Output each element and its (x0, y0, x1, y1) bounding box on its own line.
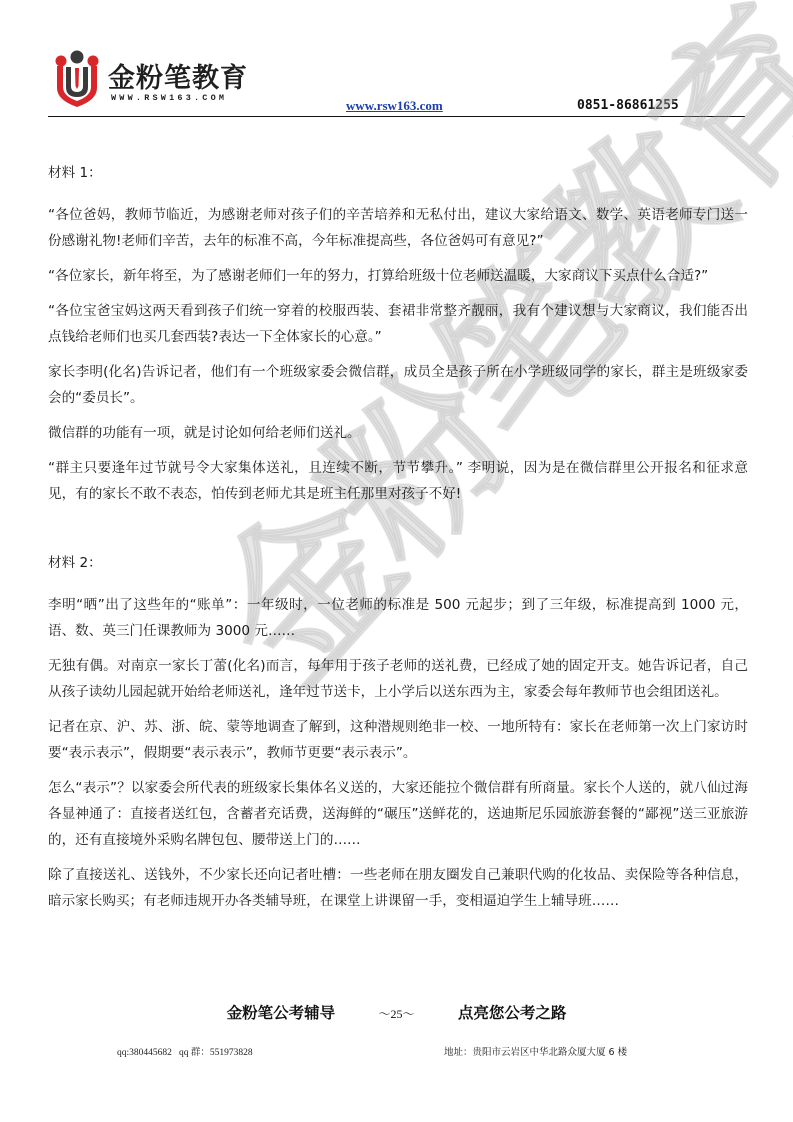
footer-slogan-right: 点亮您公考之路 (458, 1001, 567, 1023)
brand-url: WWW.RSW163.COM (111, 93, 227, 103)
paragraph: 家长李明(化名)告诉记者，他们有一个班级家委会微信群，成员全是孩子所在小学班级同… (48, 359, 748, 411)
section-spacer (48, 516, 748, 550)
footer-slogan-left: 金粉笔公考辅导 (227, 1001, 336, 1023)
footer-contact: qq:380445682 qq 群：551973828 (117, 1044, 253, 1058)
page-header: 金粉笔教育 WWW.RSW163.COM www.rsw163.com 0851… (0, 0, 793, 120)
section-title: 材料 1： (48, 160, 748, 186)
brand-name: 金粉笔教育 (108, 56, 248, 95)
section-title: 材料 2： (48, 550, 748, 576)
qq-group: qq 群：551973828 (179, 1048, 253, 1058)
footer-address: 地址：贵阳市云岩区中华北路众厦大厦 6 楼 (444, 1044, 627, 1058)
paragraph: 除了直接送礼、送钱外，不少家长还向记者吐槽：一些老师在朋友圈发自己兼职代购的化妆… (48, 862, 748, 914)
paragraph: “各位宝爸宝妈这两天看到孩子们统一穿着的校服西装、套裙非常整齐靓丽，我有个建议想… (48, 298, 748, 350)
phone-number: 0851-86861255 (577, 98, 679, 113)
paragraph: 怎么“表示”？以家委会所代表的班级家长集体名义送的，大家还能拉个微信群有所商量。… (48, 775, 748, 853)
paragraph: 李明“晒”出了这些年的“账单”：一年级时，一位老师的标准是 500 元起步；到了… (48, 592, 748, 644)
page-number: ～25～ (378, 1005, 414, 1022)
paragraph: 无独有偶。对南京一家长丁蕾(化名)而言，每年用于孩子老师的送礼费，已经成了她的固… (48, 653, 748, 705)
qq-number: qq:380445682 (117, 1048, 172, 1058)
footer-slogan: 金粉笔公考辅导 ～25～ 点亮您公考之路 (0, 1001, 793, 1023)
paragraph: 记者在京、沪、苏、浙、皖、蒙等地调查了解到，这种潜规则绝非一校、一地所特有：家长… (48, 714, 748, 766)
paragraph: “各位家长，新年将至，为了感谢老师们一年的努力，打算给班级十位老师送温暖，大家商… (48, 263, 748, 289)
header-divider (48, 116, 745, 117)
logo-icon (53, 50, 101, 108)
website-link[interactable]: www.rsw163.com (346, 98, 443, 114)
paragraph: 微信群的功能有一项，就是讨论如何给老师们送礼。 (48, 420, 748, 446)
paragraph: “群主只要逢年过节就号令大家集体送礼，且连续不断，节节攀升。” 李明说，因为是在… (48, 455, 748, 507)
paragraph: “各位爸妈，教师节临近，为感谢老师对孩子们的辛苦培养和无私付出，建议大家给语文、… (48, 202, 748, 254)
document-body: 材料 1： “各位爸妈，教师节临近，为感谢老师对孩子们的辛苦培养和无私付出，建议… (48, 160, 748, 923)
